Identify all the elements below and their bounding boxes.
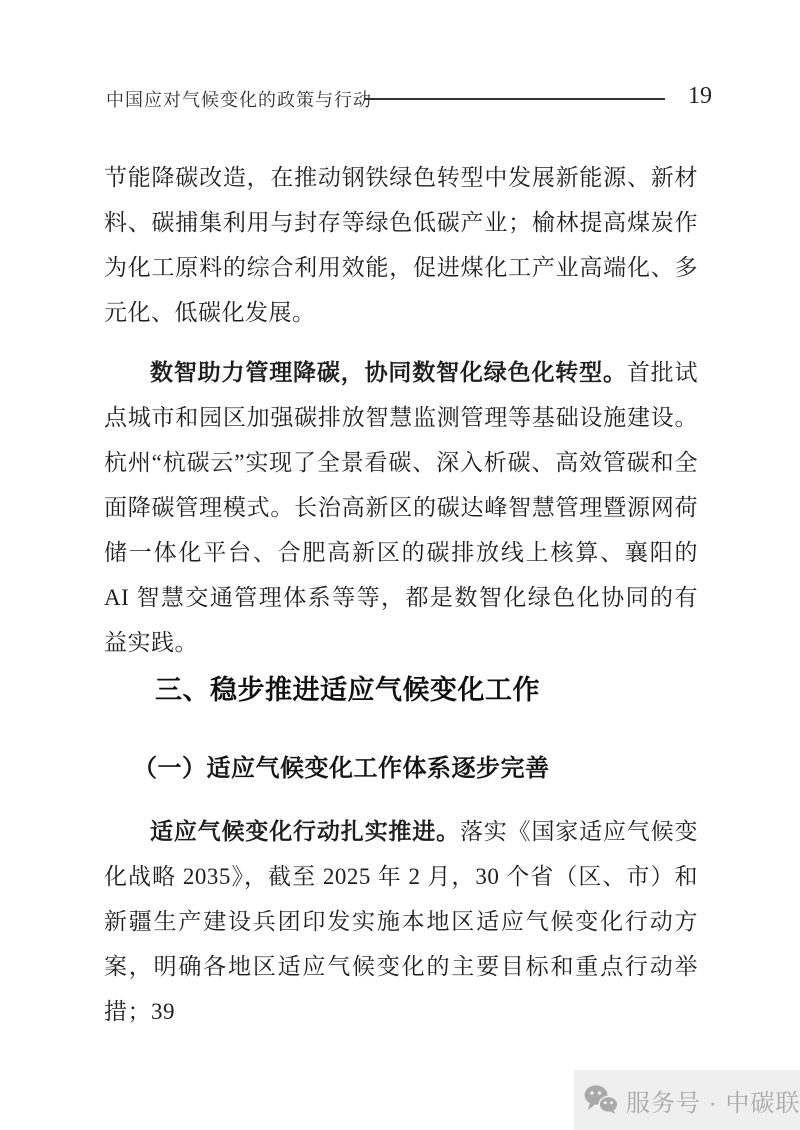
paragraph-bold-lead: 数智助力管理降碳，协同数智化绿色化转型。 (150, 360, 627, 385)
subsection-heading: （一）适应气候变化工作体系逐步完善 (133, 748, 550, 783)
paragraph-adaptation-action: 适应气候变化行动扎实推进。落实《国家适应气候变化战略 2035》，截至 2025… (104, 809, 698, 1034)
paragraph-text: 首批试点城市和园区加强碳排放智慧监测管理等基础设施建设。杭州“杭碳云”实现了全景… (104, 360, 698, 655)
paragraph-text: 节能降碳改造，在推动钢铁绿色转型中发展新能源、新材料、碳捕集利用与封存等绿色低碳… (104, 165, 698, 325)
watermark-text: 服务号 · 中碳联 (626, 1083, 800, 1118)
paragraph-digital-carbon: 数智助力管理降碳，协同数智化绿色化转型。首批试点城市和园区加强碳排放智慧监测管理… (104, 350, 698, 665)
wechat-icon (583, 1084, 619, 1116)
section-heading: 三、稳步推进适应气候变化工作 (155, 668, 540, 707)
watermark-bar: 服务号 · 中碳联 (574, 1070, 800, 1130)
page-number: 19 (688, 83, 712, 110)
header-book-title: 中国应对气候变化的政策与行动 (106, 86, 372, 112)
paragraph-bold-lead: 适应气候变化行动扎实推进。 (150, 819, 460, 844)
header-rule (365, 98, 665, 100)
paragraph-text: 落实《国家适应气候变化战略 2035》，截至 2025 年 2 月，30 个省（… (104, 819, 698, 1024)
paragraph-energy-saving: 节能降碳改造，在推动钢铁绿色转型中发展新能源、新材料、碳捕集利用与封存等绿色低碳… (104, 155, 698, 335)
document-page: 中国应对气候变化的政策与行动 19 节能降碳改造，在推动钢铁绿色转型中发展新能源… (0, 0, 800, 1130)
